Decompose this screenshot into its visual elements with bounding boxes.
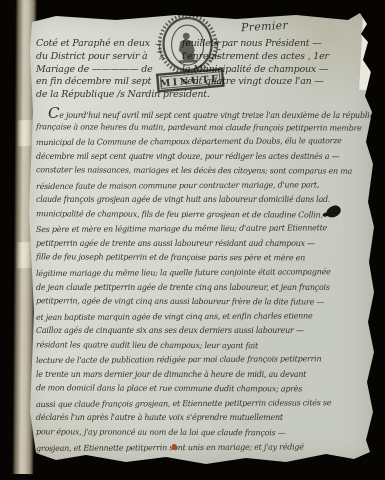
seated-figure-head	[183, 33, 190, 40]
act-body: Ce jourd'hui neuf avril mil sept cent qu…	[36, 106, 368, 455]
body-line: pour époux, j'ay prononcé au nom de la l…	[36, 425, 368, 441]
body-line: et jean baptiste marquin agée de vingt c…	[36, 309, 368, 326]
seated-figure-body	[178, 39, 195, 61]
body-line: grosjean, et Etiennette petitperrin sont…	[36, 440, 368, 457]
body-line: décembre mil sept cent quatre vingt douz…	[36, 150, 368, 165]
body-line: claude françois grosjean agée de vingt h…	[36, 193, 368, 208]
seated-figure-base	[179, 60, 197, 63]
body-line: légitime mariage du même lieu; la quelle…	[36, 265, 368, 282]
body-line: déclarés l'un après l'autre à haute voix…	[36, 411, 368, 426]
body-line: municipal de la Commune de champoux dépa…	[36, 134, 368, 151]
page-number-label: Premier	[241, 19, 289, 34]
body-line: petitperrin agée de trente ans aussi lab…	[36, 237, 368, 252]
body-line: Ses père et mère en légitime mariage du …	[36, 221, 368, 238]
manuscript-page: Premier Coté et Paraphé en deux feuillet…	[26, 12, 374, 465]
body-line: aussi que claude françois grosjean, et E…	[36, 396, 368, 413]
official-stamp: MINUTE	[147, 13, 234, 102]
scanned-manuscript: { "colors": { "background": "#060504", "…	[0, 0, 385, 480]
body-line: Cailloz agés de cinquante six ans ses de…	[36, 324, 368, 339]
body-line: de mon domicil dans la place et rue comm…	[36, 382, 368, 398]
body-line: Ce jourd'hui neuf avril mil sept cent qu…	[36, 106, 368, 121]
red-ink-mark	[172, 444, 177, 450]
body-line: lecture de l'acte de publication rédigée…	[36, 352, 368, 369]
body-line: constater les naissances, mariages et le…	[36, 163, 368, 179]
body-line: résidence faute de maison commune pour c…	[36, 178, 368, 195]
body-line: de jean claude petitperrin agée de trent…	[36, 281, 368, 296]
body-line: petitperrin, agée de vingt cinq ans auss…	[36, 294, 368, 310]
body-line: le trente un mars dernier jour de dimanc…	[36, 368, 368, 383]
